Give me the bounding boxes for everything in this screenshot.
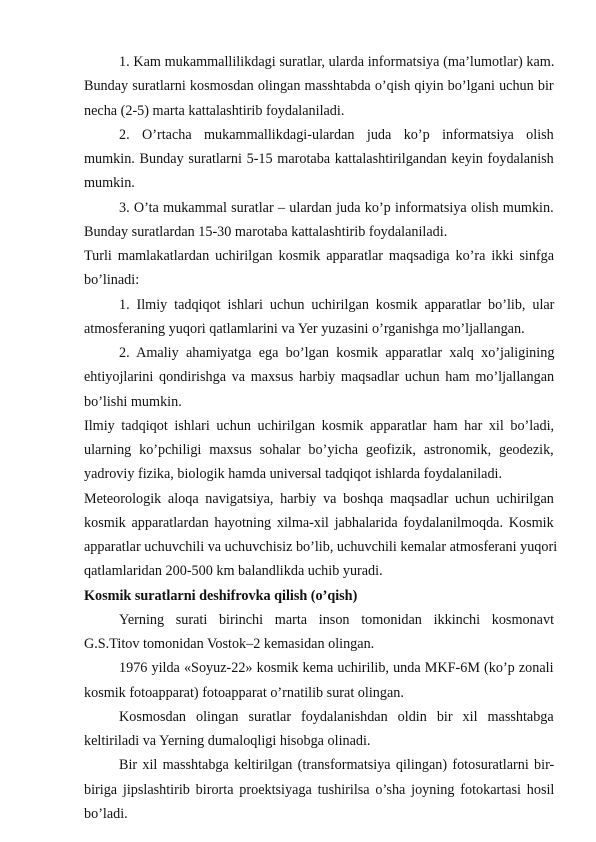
text-line: kosmik fotoapparat) fotoapparat o’rnatil… bbox=[84, 683, 554, 703]
text-line: 1976 yilda «Soyuz-22» kosmik kema uchiri… bbox=[119, 658, 554, 678]
text-line: Ilmiy tadqiqot ishlari uchun uchirilgan … bbox=[84, 416, 554, 436]
document-page: 1. Kam mukammallilikdagi suratlar, ulard… bbox=[0, 0, 596, 842]
text-line: bo’lishi mumkin. bbox=[84, 392, 554, 412]
section-heading: Kosmik suratlarni deshifrovka qilish (o’… bbox=[84, 586, 554, 606]
text-line: bo’linadi: bbox=[84, 270, 554, 290]
text-line: bo’ladi. bbox=[84, 804, 554, 824]
text-line: biriga jipslashtirib birorta proektsiyag… bbox=[84, 780, 554, 800]
text-line: Turli mamlakatlardan uchirilgan kosmik a… bbox=[84, 246, 554, 266]
text-line: Meteorologik aloqa navigatsiya, harbiy v… bbox=[84, 489, 554, 509]
text-line: ehtiyojlarini qondirishga va maxsus harb… bbox=[84, 367, 554, 387]
text-line: apparatlar uchuvchili va uchuvchisiz bo’… bbox=[84, 537, 554, 557]
text-line: 1. Kam mukammallilikdagi suratlar, ulard… bbox=[119, 52, 554, 72]
text-line: mumkin. bbox=[84, 173, 554, 193]
text-line: atmosferaning yuqori qatlamlarini va Yer… bbox=[84, 319, 554, 339]
text-line: ularning ko’pchiligi maxsus sohalar bo’y… bbox=[84, 440, 554, 460]
text-line: 2. O’rtacha mukammallikdagi-ulardan juda… bbox=[119, 125, 554, 145]
text-line: Bir xil masshtabga keltirilgan (transfor… bbox=[119, 755, 554, 775]
text-line: necha (2-5) marta kattalashtirib foydala… bbox=[84, 101, 554, 121]
text-line: Yerning surati birinchi marta inson tomo… bbox=[119, 610, 554, 630]
text-line: mumkin. Bunday suratlarni 5-15 marotaba … bbox=[84, 149, 554, 169]
text-line: keltiriladi va Yerning dumaloqligi hisob… bbox=[84, 731, 554, 751]
text-line: qatlamlaridan 200-500 km balandlikda uch… bbox=[84, 561, 554, 581]
text-line: kosmik apparatlardan hayotning xilma-xil… bbox=[84, 513, 554, 533]
text-line: Bunday suratlardan 15-30 marotaba kattal… bbox=[84, 222, 554, 242]
text-line: Bunday suratlarni kosmosdan olingan mass… bbox=[84, 76, 554, 96]
text-line: 2. Amaliy ahamiyatga ega bo’lgan kosmik … bbox=[119, 343, 554, 363]
text-line: Kosmosdan olingan suratlar foydalanishda… bbox=[119, 707, 554, 727]
text-line: G.S.Titov tomonidan Vostok–2 kemasidan o… bbox=[84, 634, 554, 654]
text-line: 3. O’ta mukammal suratlar – ulardan juda… bbox=[119, 198, 554, 218]
text-line: 1. Ilmiy tadqiqot ishlari uchun uchirilg… bbox=[119, 295, 554, 315]
text-line: yadroviy fizika, biologik hamda universa… bbox=[84, 464, 554, 484]
